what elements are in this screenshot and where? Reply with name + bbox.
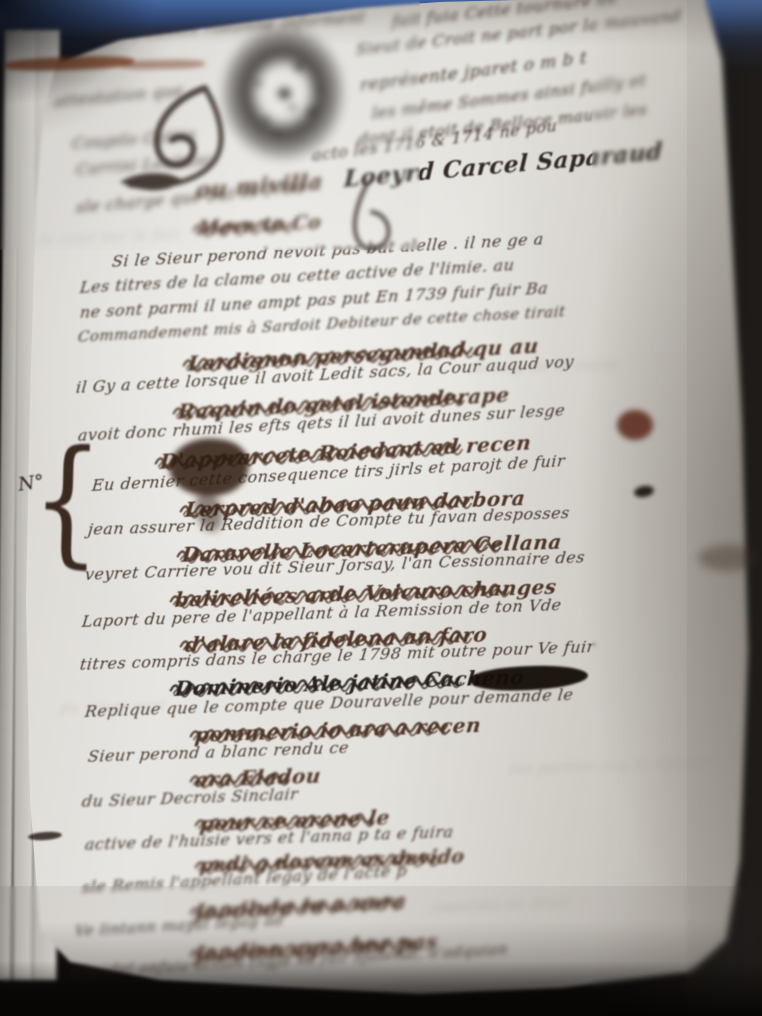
ink-stamp bbox=[218, 22, 348, 164]
manuscript-page bbox=[0, 0, 762, 1016]
margin-number-annotation: N° bbox=[17, 470, 46, 495]
margin-brace: { bbox=[30, 430, 104, 570]
manuscript-photo: les Caussin ristonne informentfait fuia … bbox=[0, 0, 762, 1016]
stamp-speckles bbox=[278, 88, 291, 99]
